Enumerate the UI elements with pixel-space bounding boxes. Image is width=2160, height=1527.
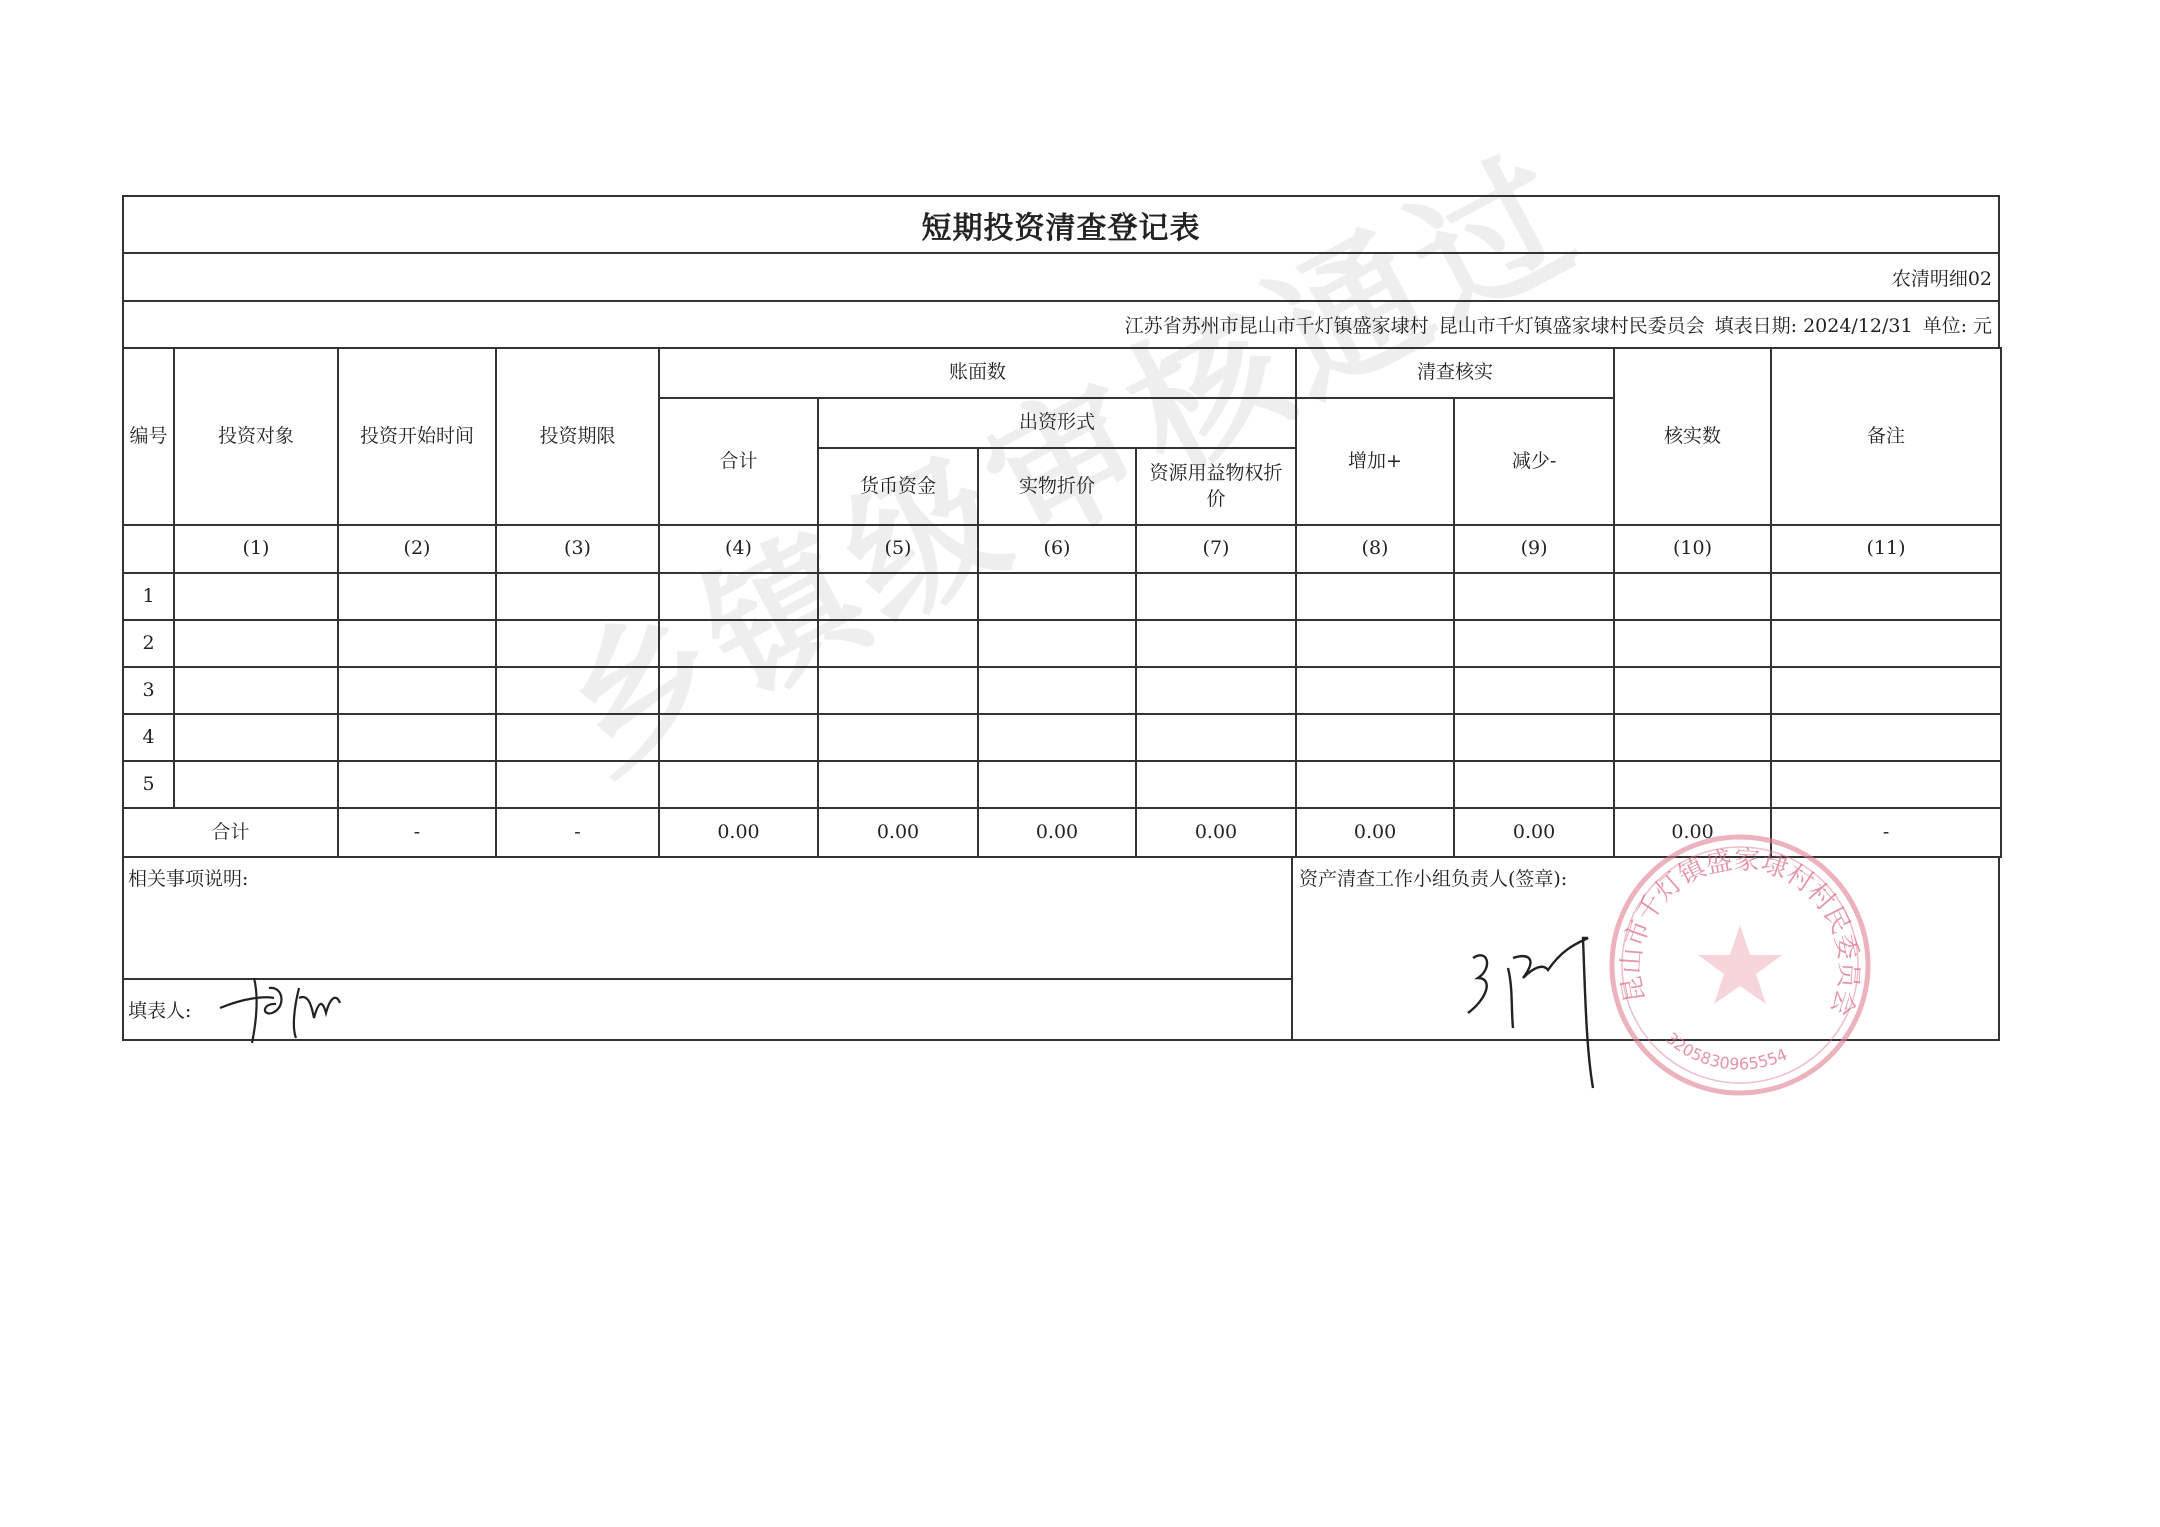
colnum: (5) bbox=[818, 525, 978, 573]
colnum: (1) bbox=[174, 525, 338, 573]
table-cell[interactable] bbox=[174, 620, 338, 667]
table-cell[interactable] bbox=[338, 573, 496, 620]
header-verified: 核实数 bbox=[1614, 348, 1771, 525]
table-cell[interactable] bbox=[1454, 620, 1614, 667]
table-cell[interactable] bbox=[1296, 667, 1454, 714]
colnum: (11) bbox=[1771, 525, 2001, 573]
table-cell[interactable] bbox=[978, 573, 1136, 620]
header-start-time: 投资开始时间 bbox=[338, 348, 496, 525]
table-row: 4 bbox=[123, 714, 2001, 761]
unit-name: 昆山市千灯镇盛家埭村民委员会 bbox=[1439, 311, 1705, 338]
fill-date: 2024/12/31 bbox=[1803, 315, 1913, 337]
totals-row: 合计 - - 0.00 0.00 0.00 0.00 0.00 0.00 0.0… bbox=[123, 808, 2001, 857]
table-cell[interactable] bbox=[1614, 620, 1771, 667]
totals-physical: 0.00 bbox=[978, 808, 1136, 857]
date-label: 填表日期:2024/12/31 bbox=[1715, 311, 1913, 338]
register-table: 编号 投资对象 投资开始时间 投资期限 账面数 清查核实 核实数 备注 合计 出… bbox=[122, 347, 2002, 858]
table-cell[interactable] bbox=[338, 620, 496, 667]
totals-label: 合计 bbox=[123, 808, 338, 857]
table-cell[interactable] bbox=[174, 714, 338, 761]
form-title: 短期投资清查登记表 bbox=[122, 195, 2000, 252]
table-cell[interactable] bbox=[1614, 667, 1771, 714]
table-cell[interactable] bbox=[338, 667, 496, 714]
totals-term: - bbox=[496, 808, 659, 857]
footer-section: 相关事项说明: 填表人: 资产清查工作小组负责人(签章): bbox=[122, 858, 2000, 1041]
preparer-label: 填表人: bbox=[128, 996, 191, 1023]
totals-verified: 0.00 bbox=[1614, 808, 1771, 857]
header-physical: 实物折价 bbox=[978, 448, 1136, 525]
table-row: 1 bbox=[123, 573, 2001, 620]
colnum: (4) bbox=[659, 525, 818, 573]
colnum: (6) bbox=[978, 525, 1136, 573]
table-cell[interactable] bbox=[1296, 573, 1454, 620]
header-target: 投资对象 bbox=[174, 348, 338, 525]
colnum: (2) bbox=[338, 525, 496, 573]
totals-resource-rights: 0.00 bbox=[1136, 808, 1296, 857]
table-cell[interactable] bbox=[1614, 761, 1771, 808]
table-cell[interactable] bbox=[496, 573, 659, 620]
totals-total: 0.00 bbox=[659, 808, 818, 857]
header-contribution-form: 出资形式 bbox=[818, 398, 1296, 448]
table-cell[interactable] bbox=[1136, 620, 1296, 667]
form-code: 农清明细02 bbox=[122, 252, 2000, 300]
colnum: (9) bbox=[1454, 525, 1614, 573]
colnum: (10) bbox=[1614, 525, 1771, 573]
row-number: 5 bbox=[123, 761, 174, 808]
table-cell[interactable] bbox=[1614, 714, 1771, 761]
table-cell[interactable] bbox=[174, 573, 338, 620]
table-cell[interactable] bbox=[1136, 573, 1296, 620]
table-cell[interactable] bbox=[659, 573, 818, 620]
preparer-signature-icon bbox=[214, 968, 364, 1048]
table-cell[interactable] bbox=[978, 620, 1136, 667]
table-cell[interactable] bbox=[1771, 761, 2001, 808]
row-number: 3 bbox=[123, 667, 174, 714]
table-cell[interactable] bbox=[1454, 667, 1614, 714]
table-cell[interactable] bbox=[659, 667, 818, 714]
table-cell[interactable] bbox=[1136, 667, 1296, 714]
table-cell[interactable] bbox=[978, 714, 1136, 761]
header-term: 投资期限 bbox=[496, 348, 659, 525]
table-cell[interactable] bbox=[1136, 714, 1296, 761]
header-book-value: 账面数 bbox=[659, 348, 1296, 398]
row-number: 2 bbox=[123, 620, 174, 667]
table-cell[interactable] bbox=[1454, 573, 1614, 620]
table-cell[interactable] bbox=[338, 714, 496, 761]
table-cell[interactable] bbox=[818, 667, 978, 714]
totals-remarks: - bbox=[1771, 808, 2001, 857]
table-cell[interactable] bbox=[1771, 667, 2001, 714]
table-cell[interactable] bbox=[496, 714, 659, 761]
table-cell[interactable] bbox=[659, 714, 818, 761]
colnum: (7) bbox=[1136, 525, 1296, 573]
table-cell[interactable] bbox=[978, 761, 1136, 808]
table-cell[interactable] bbox=[659, 761, 818, 808]
totals-increase: 0.00 bbox=[1296, 808, 1454, 857]
table-cell[interactable] bbox=[174, 667, 338, 714]
table-cell[interactable] bbox=[496, 667, 659, 714]
table-cell[interactable] bbox=[1296, 714, 1454, 761]
totals-start-time: - bbox=[338, 808, 496, 857]
table-cell[interactable] bbox=[659, 620, 818, 667]
colnum-blank bbox=[123, 525, 174, 573]
table-cell[interactable] bbox=[338, 761, 496, 808]
table-cell[interactable] bbox=[1771, 573, 2001, 620]
header-total: 合计 bbox=[659, 398, 818, 525]
table-cell[interactable] bbox=[818, 573, 978, 620]
table-cell[interactable] bbox=[1771, 714, 2001, 761]
table-row: 5 bbox=[123, 761, 2001, 808]
header-no: 编号 bbox=[123, 348, 174, 525]
colnum: (8) bbox=[1296, 525, 1454, 573]
table-row: 3 bbox=[123, 667, 2001, 714]
table-cell[interactable] bbox=[1771, 620, 2001, 667]
table-cell[interactable] bbox=[1136, 761, 1296, 808]
header-resource-rights: 资源用益物权折价 bbox=[1136, 448, 1296, 525]
table-cell[interactable] bbox=[496, 761, 659, 808]
notes-label: 相关事项说明: bbox=[128, 868, 248, 890]
currency-label: 单位:元 bbox=[1923, 311, 1992, 338]
currency: 元 bbox=[1973, 315, 1992, 337]
table-cell[interactable] bbox=[496, 620, 659, 667]
table-cell[interactable] bbox=[1296, 761, 1454, 808]
table-cell[interactable] bbox=[978, 667, 1136, 714]
table-cell[interactable] bbox=[1296, 620, 1454, 667]
table-cell[interactable] bbox=[1454, 761, 1614, 808]
leader-sign-field[interactable]: 资产清查工作小组负责人(签章): bbox=[1293, 858, 1998, 1039]
table-cell[interactable] bbox=[818, 620, 978, 667]
header-verification: 清查核实 bbox=[1296, 348, 1614, 398]
totals-decrease: 0.00 bbox=[1454, 808, 1614, 857]
row-number: 1 bbox=[123, 573, 174, 620]
form-info: 江苏省苏州市昆山市千灯镇盛家埭村 昆山市千灯镇盛家埭村民委员会 填表日期:202… bbox=[122, 300, 2000, 347]
totals-cash: 0.00 bbox=[818, 808, 978, 857]
investment-register-form: 短期投资清查登记表 农清明细02 江苏省苏州市昆山市千灯镇盛家埭村 昆山市千灯镇… bbox=[122, 195, 2000, 1041]
table-cell[interactable] bbox=[1614, 573, 1771, 620]
preparer-field[interactable]: 填表人: bbox=[124, 980, 1291, 1039]
region: 江苏省苏州市昆山市千灯镇盛家埭村 bbox=[1125, 311, 1429, 338]
table-cell[interactable] bbox=[818, 714, 978, 761]
header-cash: 货币资金 bbox=[818, 448, 978, 525]
table-row: 2 bbox=[123, 620, 2001, 667]
header-decrease: 减少- bbox=[1454, 398, 1614, 525]
table-cell[interactable] bbox=[1454, 714, 1614, 761]
header-remarks: 备注 bbox=[1771, 348, 2001, 525]
table-cell[interactable] bbox=[174, 761, 338, 808]
leader-label: 资产清查工作小组负责人(签章): bbox=[1299, 868, 1567, 890]
colnum: (3) bbox=[496, 525, 659, 573]
header-increase: 增加+ bbox=[1296, 398, 1454, 525]
leader-signature-icon bbox=[1453, 898, 1653, 1098]
notes-field[interactable]: 相关事项说明: bbox=[124, 858, 1291, 980]
row-number: 4 bbox=[123, 714, 174, 761]
table-cell[interactable] bbox=[818, 761, 978, 808]
